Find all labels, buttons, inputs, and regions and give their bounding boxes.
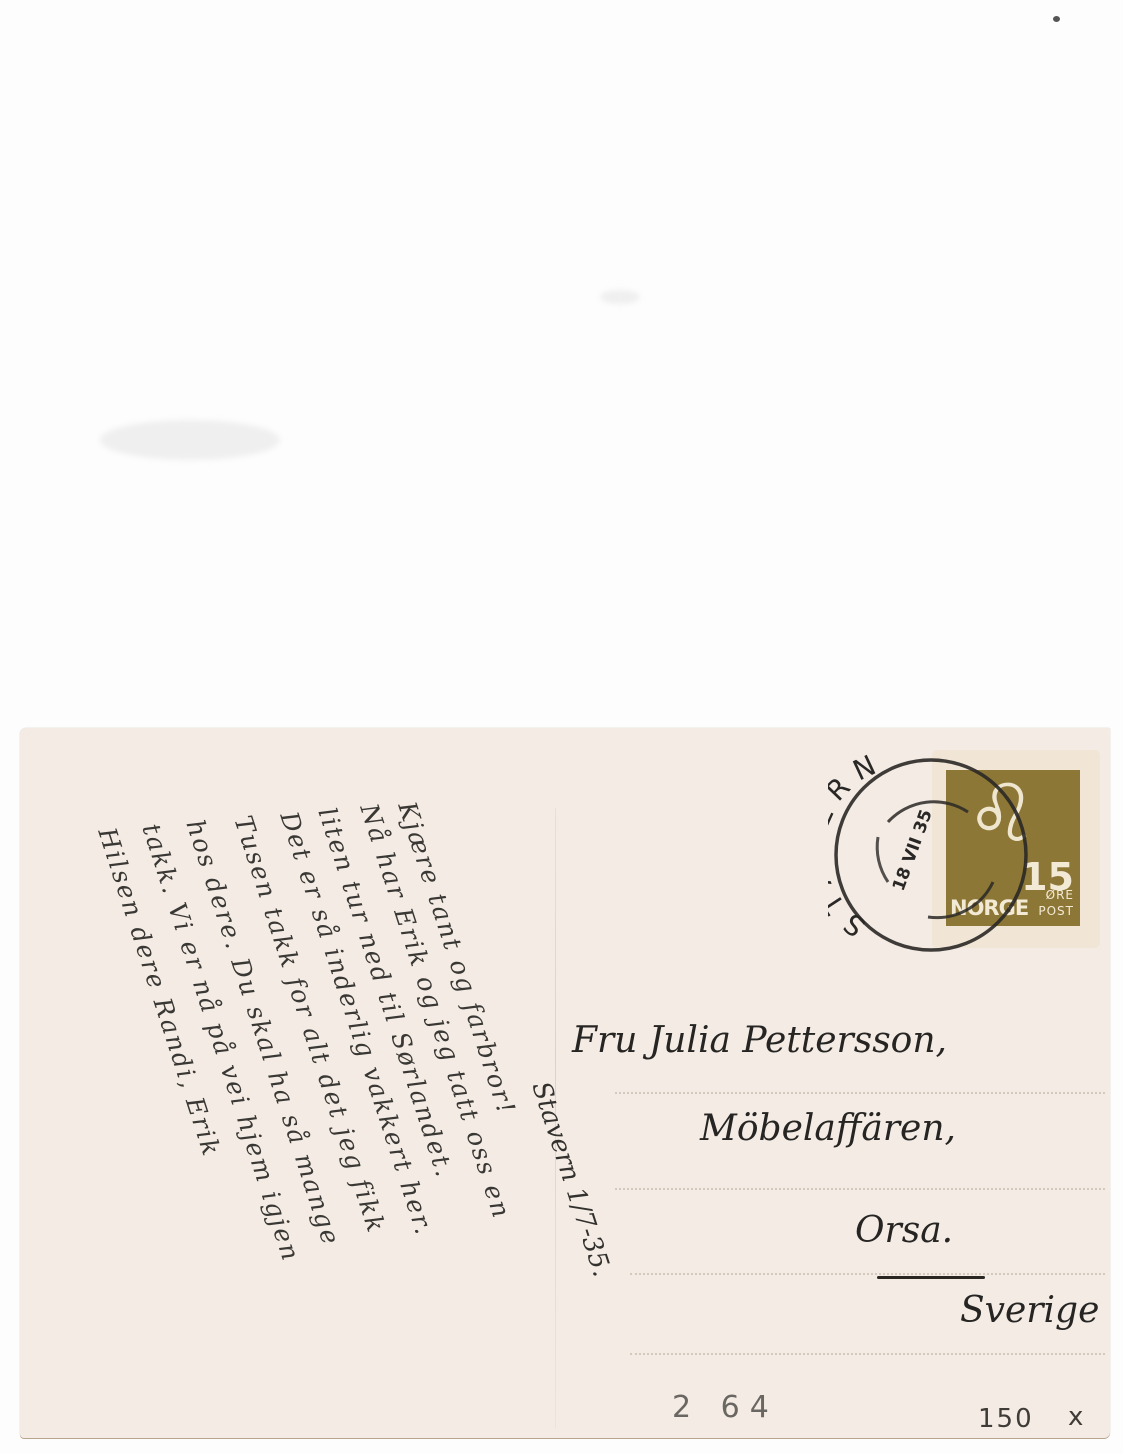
background-smudge bbox=[600, 290, 640, 304]
address-town: Orsa. bbox=[855, 1210, 953, 1251]
handwritten-message: Kjære tant og farbror! Nå har Erik og je… bbox=[40, 818, 540, 1418]
lion-icon: ♌︎ bbox=[966, 774, 1038, 854]
pencil-price: 150 bbox=[978, 1404, 1034, 1434]
stamp-post-label: POST bbox=[1038, 904, 1074, 918]
pencil-mark: x bbox=[1068, 1402, 1085, 1432]
address-country: Sverige bbox=[960, 1290, 1099, 1331]
stamp-face: ♌︎ 15 ØRE POST NORGE bbox=[946, 770, 1080, 926]
address-line bbox=[615, 1188, 1105, 1190]
stamp-country: NORGE bbox=[950, 896, 1028, 920]
postage-stamp: ♌︎ 15 ØRE POST NORGE bbox=[934, 752, 1098, 946]
scanner-speck bbox=[1053, 16, 1060, 22]
address-business: Möbelaffären, bbox=[700, 1108, 956, 1149]
address-recipient: Fru Julia Pettersson, bbox=[572, 1020, 947, 1061]
pencil-catalog-number: 2 64 bbox=[672, 1390, 779, 1425]
address-line bbox=[630, 1273, 1105, 1275]
address-line bbox=[615, 1092, 1105, 1094]
town-underline bbox=[877, 1276, 985, 1279]
stamp-unit: ØRE bbox=[1046, 888, 1074, 902]
background-smudge bbox=[100, 420, 280, 460]
address-line bbox=[630, 1353, 1105, 1355]
